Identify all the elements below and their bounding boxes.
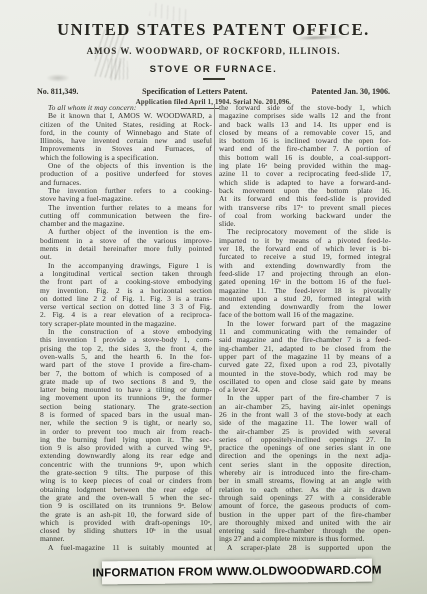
text-line: ing plate 16ᵃ being provided within the … [219,162,391,170]
text-line: The invention further relates to a means… [40,204,212,212]
patented-date: Patented Jan. 30, 1906. [311,87,390,96]
text-line: cent series slant in the opposite direct… [219,461,391,469]
line-text: Be it known that I, AMOS W. WOODWARD, a [48,112,212,120]
right-text-column: 55the forward side of the stove-body 1, … [219,104,391,552]
line-text: 8 is formed of spaced bars in the usual … [40,411,212,419]
text-line: azine 11 to cover a reciprocating feed-s… [219,170,391,178]
line-text: oscillated to open and close said gate b… [219,378,391,386]
text-line: which is provided with draft-openings 10… [40,519,212,527]
line-text: One of the objects of this invention is … [48,162,212,170]
line-text: concentric with the trunnions 9ᵃ, upon w… [40,461,212,469]
line-text: imparted to it by means of a pivoted fee… [219,237,391,245]
line-text: with transverse ribs 17ᵃ to prevent smal… [219,204,391,212]
text-line: whereby air is introduced into the fire-… [219,469,391,477]
text-line: magazine 11. The feed-lever 18 is pivota… [219,287,391,295]
left-text-column: To all whom it may concern:Be it known t… [40,104,212,552]
text-line: 5Illinois, have invented certain new and… [40,137,212,145]
title-rule [203,78,225,80]
line-text: In the accompanying drawings, Figure 1 i… [48,262,212,270]
text-line: this invention I provide a stove-body 1,… [40,336,212,344]
text-line: practice the openings of one series slan… [219,444,391,452]
text-line: ford, in the county of Winnebago and Sta… [40,129,212,137]
text-line: the air-chamber 25 is provided with seve… [219,428,391,436]
text-line: 85upper part of the magazine 11 by means… [219,353,391,361]
line-text: a longitudinal vertical section taken th… [40,270,212,278]
line-text: and extending downwardly from the lower [219,303,391,311]
text-line: amount of force, the gaseous products of… [219,502,391,510]
line-text: which is provided with draft-openings 10… [40,519,212,527]
text-line: 8 is formed of spaced bars in the usual … [40,411,212,419]
text-line: the grate and the oven-wall 5 when the s… [40,494,212,502]
text-line: through said openings 27 with a consider… [219,494,391,502]
text-line: tory scraper-plate mounted in the magazi… [40,320,212,328]
line-text: on dotted line 2 2 of Fig. 1. Fig. 3 is … [40,295,212,303]
line-text: magazine 11. The feed-lever 18 is pivota… [219,287,391,295]
text-line: At its forward end this feed-slide is pr… [219,195,391,203]
text-line: ments in detail hereinafter more fully p… [40,245,212,253]
line-text: curved gate 22, fixed upon a rod 23, piv… [219,361,391,369]
patent-office-title: UNITED STATES PATENT OFFICE. [0,20,427,40]
line-text: ber in small streams, flowing at an angl… [219,477,391,485]
text-line: direction and the openings in the next a… [219,452,391,460]
text-line: Improvements in Stoves and Furnaces, of [40,145,212,153]
text-line: magazine comprises side walls 12 and the… [219,112,391,120]
text-line: imparted to it by means of a pivoted fee… [219,237,391,245]
line-text: upper part of the magazine 11 by means o… [219,353,391,361]
line-text: bustion in the upper part of the fire-ch… [219,511,391,519]
text-line: A scraper-plate 28 is supported upon the [219,544,391,552]
text-line: 55the forward side of the stove-body 1, … [219,104,391,112]
text-line: concentric with the trunnions 9ᵃ, upon w… [40,461,212,469]
line-text: In the upper part of the fire-chamber 7 … [227,394,391,402]
line-text: tion 9 is oscillated on its trunnions 9ᵃ… [40,502,212,510]
text-line: which the following is a specification. [40,154,212,162]
line-text: the grate-section 9 tilts. The purpose o… [40,469,212,477]
text-line: ber 7, the bottom of which is composed o… [40,370,212,378]
text-line: said magazine and the fire-chamber 7 is … [219,336,391,344]
line-text: In the construction of a stove embodying [48,328,212,336]
line-text: said magazine and the fire-chamber 7 is … [219,336,391,344]
line-text: through said openings 27 with a consider… [219,494,391,502]
text-line: 30prising the top 2, the sides 3, the fr… [40,345,212,353]
line-text: ford, in the county of Winnebago and Sta… [40,129,212,137]
line-text: ments in detail hereinafter more fully p… [40,245,212,253]
text-line: oven-walls 5, and the hearth 6. In the f… [40,353,212,361]
line-text: manner. [40,535,65,543]
line-text: production of a positive underfeed for s… [40,170,212,178]
text-line: entering said fire-chamber through the o… [219,527,391,535]
line-text: are thoroughly mixed and united with the… [219,519,391,527]
line-text: latter being mounted to have a tilting o… [40,386,212,394]
text-line: In the construction of a stove embodying [40,328,212,336]
inventor-line: AMOS W. WOODWARD, OF ROCKFORD, ILLINOIS. [0,46,427,56]
line-text: bodiment in a stove of the various impro… [40,237,212,245]
watermark-label: INFORMATION FROM WWW.OLDWOODWARD.COM [102,559,372,585]
text-line: 10and furnaces. [40,179,212,187]
text-line: 11 and communicating with the remainder … [219,328,391,336]
text-line: its bottom 16 is inclined toward the ope… [219,137,391,145]
line-text: the front part of a cooking-stove embody… [40,278,212,286]
line-text: relation to each other. As the air is dr… [219,486,391,494]
text-line: ward part of the stove I provide a fire-… [40,361,212,369]
line-text: series of oppositely-inclined openings 2… [219,436,391,444]
text-line: curved gate 22, fixed upon a rod 23, piv… [219,361,391,369]
line-text: verse vertical section on dotted line 3 … [40,303,212,311]
line-text: with and extending downwardly from the [219,262,391,270]
text-line: ing movement upon its trunnions 9ᵃ, the … [40,394,212,402]
text-line: tion 9 is oscillated on its trunnions 9ᵃ… [40,502,212,510]
line-text: of a lever 24. [219,386,260,394]
text-line: with transverse ribs 17ᵃ to prevent smal… [219,204,391,212]
text-line: which slide is adapted to have a forward… [219,179,391,187]
text-line: obtaining lodgment between the rear edge… [40,486,212,494]
line-text: ner, while the section 9 is tight, or ne… [40,419,212,427]
line-text: ward part of the stove I provide a fire-… [40,361,212,369]
text-line: 60ward end of the fire-chamber 7. A port… [219,145,391,153]
text-line: bodiment in a stove of the various impro… [40,237,212,245]
line-text: of coal from working backward under the [219,212,391,220]
text-line: 65back movement upon the bottom plate 16… [219,187,391,195]
text-line: extending downwardly along its rear edge… [40,452,212,460]
line-text: ing the burning fuel lying upon it. The … [40,436,212,444]
text-line: out. [40,253,212,261]
text-line: ings 27 and a complete mixture is thus f… [219,535,391,543]
line-text: At its forward end this feed-slide is pr… [219,195,391,203]
text-line: grate made up of two sections 8 and 9, t… [40,378,212,386]
line-text: in order to prevent too much air from re… [40,428,212,436]
line-text: stove having a fuel-magazine. [40,195,133,203]
text-line: manner. [40,535,212,543]
text-line: mounted upon a stud 20, formed integral … [219,295,391,303]
text-line: 75feed-slide 17 and projecting through a… [219,270,391,278]
line-text: ings 27 and a complete mixture is thus f… [219,535,365,543]
text-line: tion 9 is also provided with a curved wi… [40,444,212,452]
text-line: 26 in the front wall 3 of the stove-body… [219,411,391,419]
line-text: Illinois, have invented certain new and … [40,137,212,145]
line-text: 26 in the front wall 3 of the stove-body… [219,411,391,419]
text-line: wing is to keep pieces of coal or cinder… [40,477,212,485]
line-text: section being stationary. The grate-sect… [40,403,212,411]
text-line: ing the burning fuel lying upon it. The … [40,436,212,444]
line-text: the grate is an ash-pit 10, the forward … [40,511,212,519]
text-line: cutting off communication between the fi… [40,212,212,220]
text-line: this bottom wall 16 is double, a coal-su… [219,154,391,162]
line-text: its bottom 16 is inclined toward the ope… [219,137,391,145]
text-line: on dotted line 2 2 of Fig. 1. Fig. 3 is … [40,295,212,303]
line-text: The invention further relates to a means… [48,204,212,212]
line-text: ing plate 16ᵃ being provided within the … [219,162,391,170]
line-text: closed by sliding shutters 10ᵇ in the us… [40,527,212,535]
patent-document-page: UNITED STATES PATENT OFFICE. AMOS W. WOO… [0,0,427,594]
line-text: ing-chamber 21, adapted to be closed fro… [219,345,391,353]
text-line: and extending downwardly from the lower [219,303,391,311]
line-text: To all whom it may concern: [48,104,136,112]
text-line: 25verse vertical section on dotted line … [40,303,212,311]
text-line: gated opening 16ᵇ in the bottom 16 of th… [219,278,391,286]
line-text: azine 11 to cover a reciprocating feed-s… [219,170,391,178]
line-text: ing movement upon its trunnions 9ᵃ, the … [40,394,212,402]
text-line: oscillated to open and close said gate b… [219,378,391,386]
line-text: cent series slant in the opposite direct… [219,461,391,469]
text-line: A further object of the invention is the… [40,228,212,236]
line-text: ber 7, the bottom of which is composed o… [40,370,212,378]
text-line: ver 18, the forward end of which lever i… [219,245,391,253]
line-text: mounted upon a stud 20, formed integral … [219,295,391,303]
line-text: A fuel-magazine 11 is suitably mounted a… [48,544,212,552]
text-line: A fuel-magazine 11 is suitably mounted a… [40,544,212,552]
text-line: closed by sliding shutters 10ᵇ in the us… [40,527,212,535]
text-line: closed by means of a removable cover 15,… [219,129,391,137]
line-text: face of the bottom wall 16 of the magazi… [219,311,354,319]
text-line: with and extending downwardly from the [219,262,391,270]
line-text: extending downwardly along its rear edge… [40,452,212,460]
line-text: entering said fire-chamber through the o… [219,527,391,535]
line-text: which the following is a specification. [40,154,158,162]
text-line: In the lower forward part of the magazin… [219,320,391,328]
text-line: 90In the upper part of the fire-chamber … [219,394,391,402]
text-line: 70The reciprocatory movement of the slid… [219,228,391,236]
line-text: closed by means of a removable cover 15,… [219,129,391,137]
line-text: oven-walls 5, and the hearth 6. In the f… [40,353,212,361]
text-line: 2. Fig. 4 is a rear elevation of a recip… [40,311,212,319]
specification-label: Specification of Letters Patent. [142,87,247,96]
text-line: furcated to receive a stud 19, formed in… [219,253,391,261]
line-text: mounted in the stove-body, which rod may… [219,370,391,378]
line-text: side of the magazine 11. The lower wall … [219,419,391,427]
patent-meta-row: No. 811,349. Specification of Letters Pa… [0,87,427,96]
line-text: A scraper-plate 28 is supported upon the [227,544,391,552]
line-text: obtaining lodgment between the rear edge… [40,486,212,494]
line-text: amount of force, the gaseous products of… [219,502,391,510]
text-line: production of a positive underfeed for s… [40,170,212,178]
text-line: 80face of the bottom wall 16 of the maga… [219,311,391,319]
text-line: ner, while the section 9 is tight, or ne… [40,419,212,427]
text-line: The invention further refers to a cookin… [40,187,212,195]
line-text: The reciprocatory movement of the slide … [227,228,391,236]
text-line: my invention. Fig. 2 is a horizontal sec… [40,287,212,295]
text-line: relation to each other. As the air is dr… [219,486,391,494]
text-line: and back walls 13 and 14. Its upper end … [219,121,391,129]
line-text: the forward side of the stove-body 1, wh… [219,104,391,112]
text-line: 100ber in small streams, flowing at an a… [219,477,391,485]
line-text: the air-chamber 25 is provided with seve… [219,428,391,436]
text-line: Be it known that I, AMOS W. WOODWARD, a [40,112,212,120]
text-line: ing-chamber 21, adapted to be closed fro… [219,345,391,353]
text-line: 45the grate-section 9 tilts. The purpose… [40,469,212,477]
line-text: wing is to keep pieces of coal or cinder… [40,477,212,485]
line-text: and back walls 13 and 14. Its upper end … [219,121,391,129]
line-text: the grate and the oven-wall 5 when the s… [40,494,212,502]
line-text: tory scraper-plate mounted in the magazi… [40,320,176,328]
text-line: side of the magazine 11. The lower wall … [219,419,391,427]
patent-header: UNITED STATES PATENT OFFICE. AMOS W. WOO… [0,20,427,108]
line-text: 11 and communicating with the remainder … [219,328,391,336]
text-line: 20In the accompanying drawings, Figure 1… [40,262,212,270]
text-line: citizen of the United States, residing a… [40,121,212,129]
text-line: the front part of a cooking-stove embody… [40,278,212,286]
text-line: a longitudinal vertical section taken th… [40,270,212,278]
text-line: of coal from working backward under the [219,212,391,220]
line-text: ward end of the fire-chamber 7. A portio… [219,145,391,153]
line-text: my invention. Fig. 2 is a horizontal sec… [40,287,212,295]
line-text: chamber and the magazine. [40,220,125,228]
line-text: cutting off communication between the fi… [40,212,212,220]
line-text: Improvements in Stoves and Furnaces, of [40,145,212,153]
text-line: bustion in the upper part of the fire-ch… [219,511,391,519]
line-text: magazine comprises side walls 12 and the… [219,112,391,120]
line-text: The invention further refers to a cookin… [48,187,212,195]
text-line: an air-chamber 25, having air-inlet open… [219,403,391,411]
text-line: section being stationary. The grate-sect… [40,403,212,411]
line-text: direction and the openings in the next a… [219,452,391,460]
text-line: 95series of oppositely-inclined openings… [219,436,391,444]
line-text: A further object of the invention is the… [48,228,212,236]
line-text: grate made up of two sections 8 and 9, t… [40,378,212,386]
line-text: practice the openings of one series slan… [219,444,391,452]
line-text: 2. Fig. 4 is a rear elevation of a recip… [40,311,212,319]
text-line: To all whom it may concern: [40,104,212,112]
text-line: One of the objects of this invention is … [40,162,212,170]
line-text: this invention I provide a stove-body 1,… [40,336,212,344]
patent-number: No. 811,349. [37,87,78,96]
line-text: back movement upon the bottom plate 16. [219,187,391,195]
line-text: prising the top 2, the sides 3, the fron… [40,345,212,353]
text-line: stove having a fuel-magazine. [40,195,212,203]
text-line: 15chamber and the magazine. [40,220,212,228]
text-line: slide. [219,220,391,228]
text-line: 50the grate is an ash-pit 10, the forwar… [40,511,212,519]
text-line: mounted in the stove-body, which rod may… [219,370,391,378]
line-text: out. [40,253,52,261]
line-text: In the lower forward part of the magazin… [227,320,391,328]
line-text: gated opening 16ᵇ in the bottom 16 of th… [219,278,391,286]
text-line: 40in order to prevent too much air from … [40,428,212,436]
text-line: of a lever 24. [219,386,391,394]
line-text: tion 9 is also provided with a curved wi… [40,444,212,452]
line-text: an air-chamber 25, having air-inlet open… [219,403,391,411]
line-text: slide. [219,220,236,228]
text-line: 35latter being mounted to have a tilting… [40,386,212,394]
invention-title: STOVE OR FURNACE. [0,64,427,75]
line-text: citizen of the United States, residing a… [40,121,212,129]
line-text: ver 18, the forward end of which lever i… [219,245,391,253]
line-text: furcated to receive a stud 19, formed in… [219,253,391,261]
line-text: and furnaces. [40,179,81,187]
text-line: 105are thoroughly mixed and united with … [219,519,391,527]
line-text: feed-slide 17 and projecting through an … [219,270,391,278]
line-text: whereby air is introduced into the fire-… [219,469,391,477]
line-text: this bottom wall 16 is double, a coal-su… [219,154,391,162]
line-text: which slide is adapted to have a forward… [219,179,391,187]
specification-body: To all whom it may concern:Be it known t… [0,104,427,554]
